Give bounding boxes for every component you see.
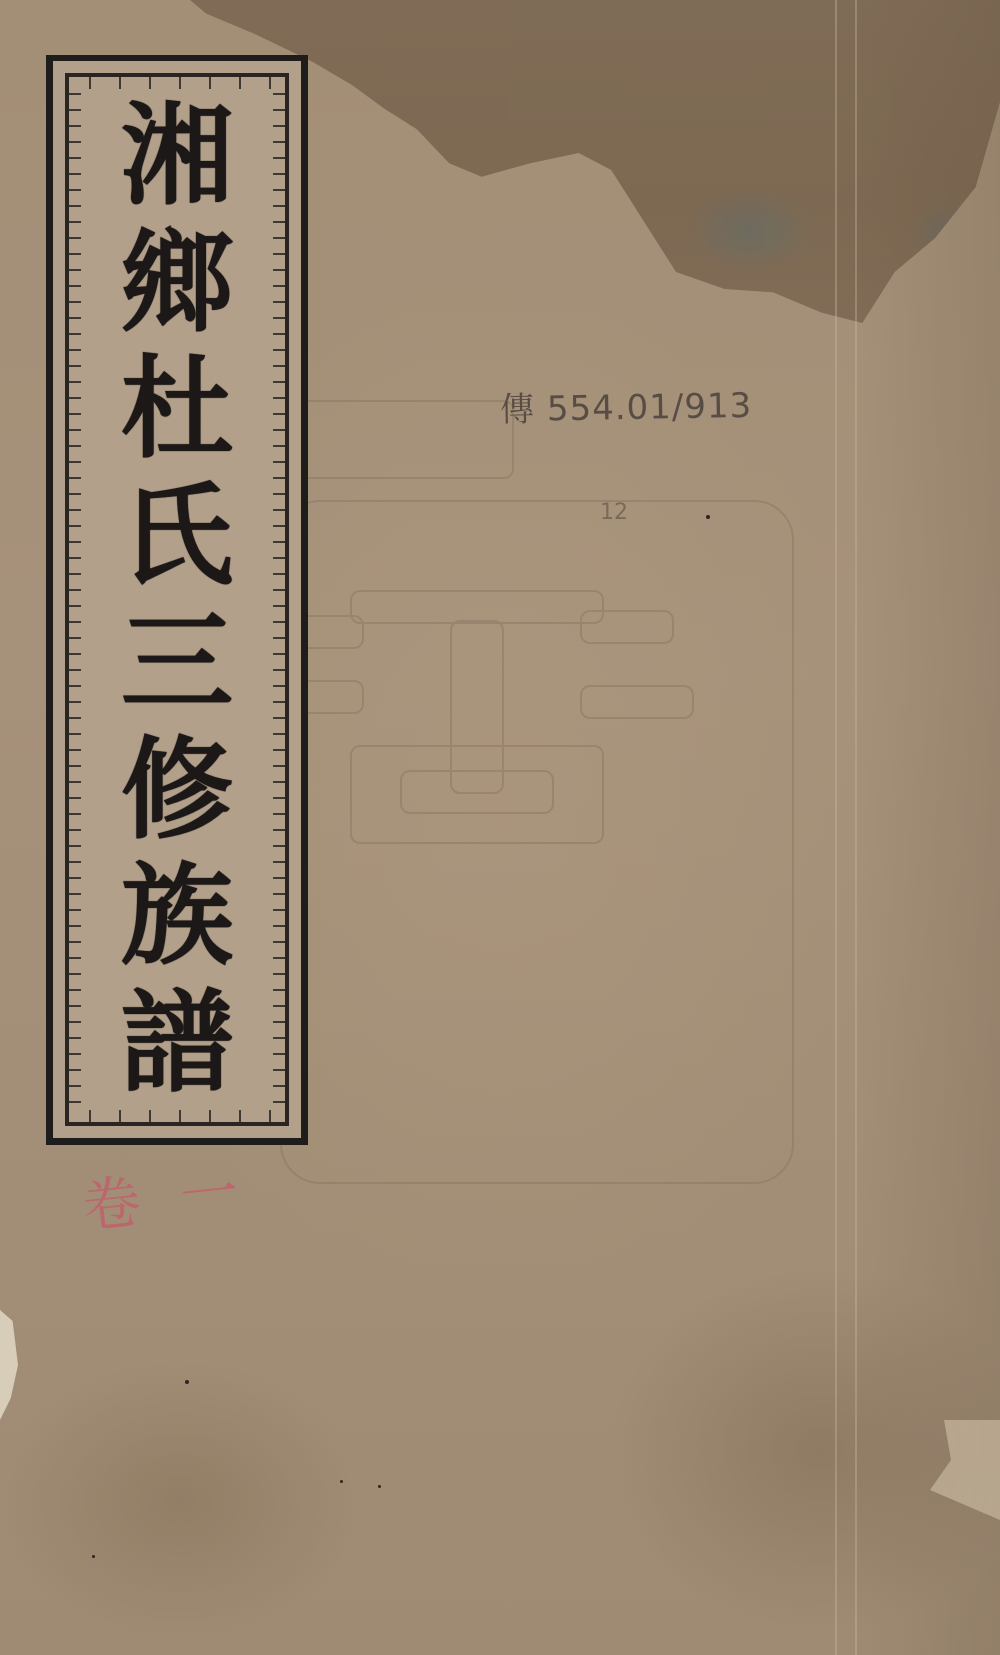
title-char: 族	[121, 861, 233, 971]
ink-speck	[706, 515, 710, 519]
fret-border-top	[79, 75, 275, 89]
title-char: 杜	[121, 354, 233, 464]
title-label: 湘 鄉 杜 氏 三 修 族 譜	[46, 55, 308, 1145]
cover-edge-shadow	[850, 0, 1000, 1655]
ink-speck	[185, 1380, 189, 1384]
title-char: 氏	[121, 481, 233, 591]
ink-speck	[92, 1555, 95, 1558]
fold-line	[835, 0, 837, 1655]
title-char: 譜	[121, 988, 233, 1098]
paper-tear	[0, 1310, 18, 1420]
faint-stamp-watermark	[280, 400, 820, 1180]
title-char: 三	[121, 608, 233, 718]
title-char: 鄉	[121, 228, 233, 338]
volume-annotation: 卷一	[78, 1140, 282, 1244]
title-char: 湘	[121, 101, 233, 211]
ink-speck	[378, 1485, 381, 1488]
fret-border-left	[67, 87, 81, 1112]
fret-border-bottom	[79, 1110, 275, 1124]
ink-speck	[340, 1480, 343, 1483]
pencil-mark: 12	[600, 500, 628, 525]
book-title: 湘 鄉 杜 氏 三 修 族 譜	[97, 101, 257, 1098]
call-number: 傳 554.01/913	[500, 378, 753, 431]
title-char: 修	[121, 735, 233, 845]
fret-border-right	[273, 87, 287, 1112]
book-cover: 湘 鄉 杜 氏 三 修 族 譜 傳 554.01/913 12 卷一	[0, 0, 1000, 1655]
